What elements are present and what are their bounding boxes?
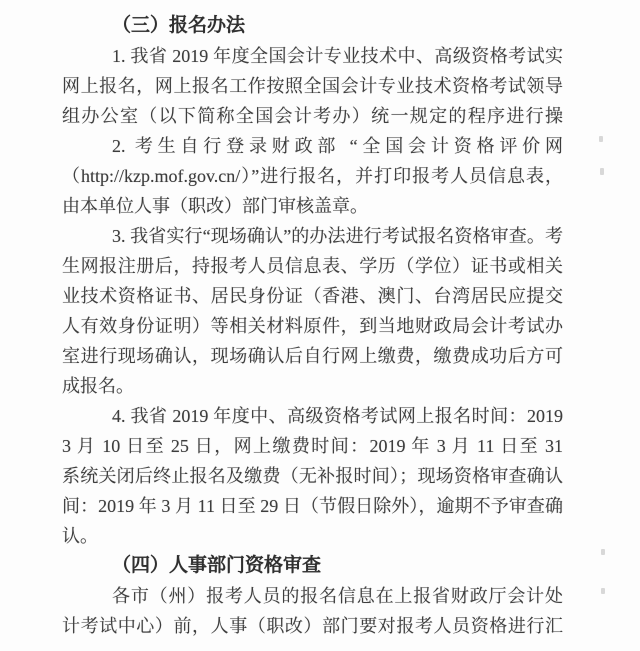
paragraph-1-line: 组办公室（以下简称全国会计考办）统一规定的程序进行操作。	[62, 101, 563, 131]
scan-artifact	[601, 549, 605, 555]
paragraph-4-line: 系统关闭后终止报名及缴费（无补报时间）；现场资格审查确认时	[62, 461, 563, 491]
scan-artifact	[599, 136, 603, 142]
paragraph-3-line: 室进行现场确认，现场确认后自行网上缴费，缴费成功后方可完	[62, 341, 563, 371]
scanned-document-page: （三）报名办法 1. 我省 2019 年度全国会计专业技术中、高级资格考试实行 …	[0, 0, 640, 651]
paragraph-5-line: 计考试中心）前，人事（职改）部门要对报考人员资格进行汇总	[62, 611, 563, 641]
paragraph-2-line: 2. 考生自行登录财政部 “全国会计资格评价网	[62, 131, 563, 161]
paragraph-2-line: 由本单位人事（职改）部门审核盖章。	[62, 191, 563, 221]
paragraph-4-line: 间：2019 年 3 月 11 日至 29 日（节假日除外），逾期不予审查确	[62, 491, 563, 521]
paragraph-3-line: 成报名。	[62, 371, 563, 401]
paragraph-1-line: 网上报名，网上报名工作按照全国会计专业技术资格考试领导小	[62, 71, 563, 101]
paragraph-2-line: （http://kzp.mof.gov.cn/）”进行报名，并打印报考人员信息表…	[62, 161, 563, 191]
paragraph-3-line: 3. 我省实行“现场确认”的办法进行考试报名资格审查。考	[62, 221, 563, 251]
section-heading-3: （三）报名办法	[62, 11, 563, 41]
paragraph-3-line: 生网报注册后，持报考人员信息表、学历（学位）证书或相关专	[62, 251, 563, 281]
scan-artifact	[601, 588, 605, 594]
paragraph-1-line: 1. 我省 2019 年度全国会计专业技术中、高级资格考试实行	[62, 41, 563, 71]
paragraph-4-line: 认。	[62, 521, 563, 551]
scan-artifact	[600, 168, 604, 175]
paragraph-3-line: 人有效身份证明）等相关材料原件，到当地财政局会计考试办公	[62, 311, 563, 341]
paragraph-4-line: 3 月 10 日至 25 日，网上缴费时间：2019 年 3 月 11 日至 3…	[62, 431, 563, 461]
paragraph-5-line: 各市（州）报考人员的报名信息在上报省财政厅会计处（会	[62, 581, 563, 611]
paragraph-4-line: 4. 我省 2019 年度中、高级资格考试网上报名时间：2019 年	[62, 401, 563, 431]
section-heading-4: （四）人事部门资格审查	[62, 551, 563, 581]
paragraph-3-line: 业技术资格证书、居民身份证（香港、澳门、台湾居民应提交本	[62, 281, 563, 311]
document-text-block: （三）报名办法 1. 我省 2019 年度全国会计专业技术中、高级资格考试实行 …	[62, 11, 563, 641]
